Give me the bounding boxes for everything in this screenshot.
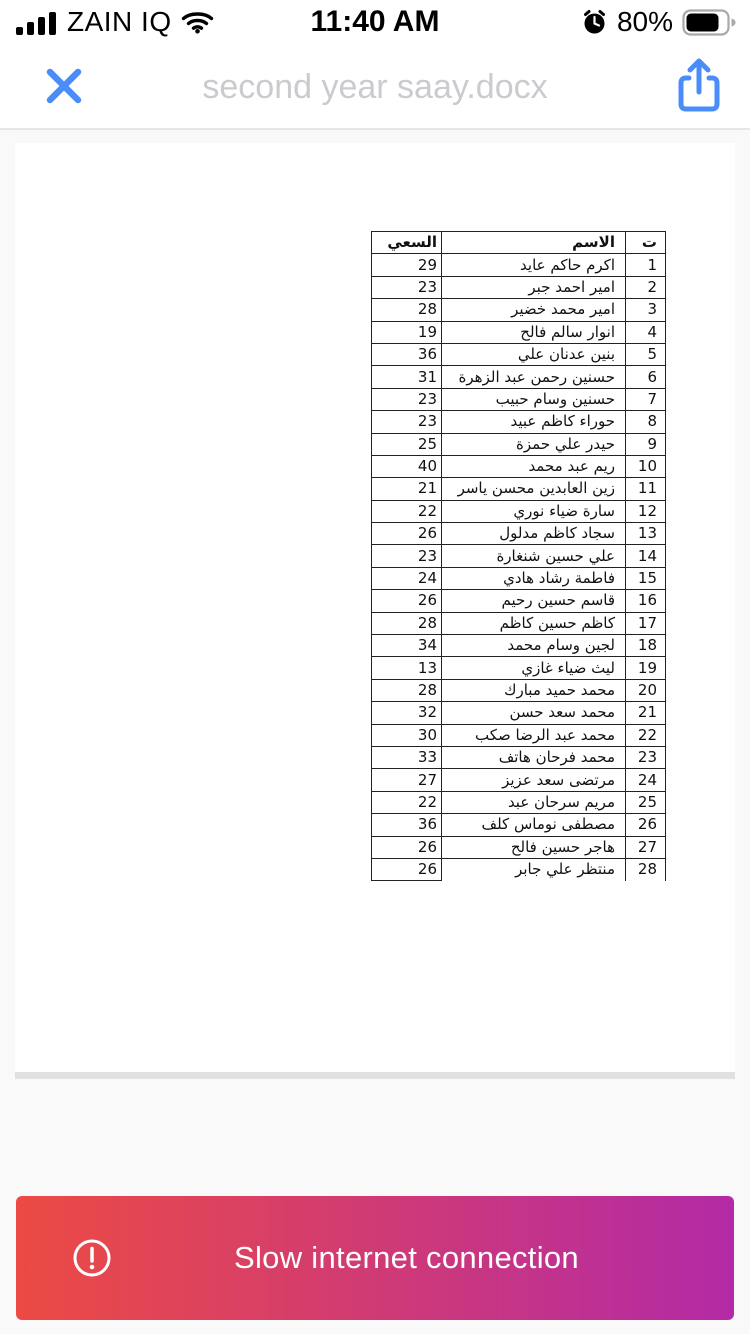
cell-name: محمد عبد الرضا صكب [442,724,626,746]
cell-score: 31 [372,366,442,388]
cell-score: 23 [372,276,442,298]
cell-index: 14 [626,545,666,567]
cell-score: 29 [372,254,442,276]
cell-score: 22 [372,791,442,813]
table-row: 19 ليث ضياء غازي 13 [372,657,666,679]
cell-score: 33 [372,746,442,768]
cell-score: 23 [372,411,442,433]
cell-name: حسنين وسام حبيب [442,388,626,410]
table-row: 14 علي حسين شنغارة 23 [372,545,666,567]
cell-index: 27 [626,836,666,858]
share-button[interactable] [676,57,722,115]
table-row: 16 قاسم حسين رحيم 26 [372,590,666,612]
table-row: 21 محمد سعد حسن 32 [372,702,666,724]
cell-name: مريم سرحان عبد [442,791,626,813]
table-row: 6 حسنين رحمن عبد الزهرة 31 [372,366,666,388]
cell-score: 22 [372,500,442,522]
cell-score: 19 [372,321,442,343]
cell-name: بنين عدنان علي [442,343,626,365]
cell-index: 6 [626,366,666,388]
cell-name: منتظر علي جابر [442,858,626,880]
cell-score: 34 [372,635,442,657]
cell-score: 36 [372,343,442,365]
cell-name: هاجر حسين فالح [442,836,626,858]
cell-name: حوراء كاظم عبيد [442,411,626,433]
cell-score: 36 [372,814,442,836]
document-toolbar: second year saay.docx [0,44,750,130]
cell-name: ريم عبد محمد [442,455,626,477]
table-row: 25 مريم سرحان عبد 22 [372,791,666,813]
cell-name: امير احمد جبر [442,276,626,298]
header-index: ت [626,232,666,254]
table-row: 1 اكرم حاكم عايد 29 [372,254,666,276]
cell-index: 18 [626,635,666,657]
cell-score: 28 [372,612,442,634]
table-row: 27 هاجر حسين فالح 26 [372,836,666,858]
table-row: 12 سارة ضياء نوري 22 [372,500,666,522]
status-bar: ZAIN IQ 11:40 AM 80% [0,0,750,44]
table-header-row: ت الاسم السعي [372,232,666,254]
table-row: 26 مصطفى نوماس كلف 36 [372,814,666,836]
document-scroll-area[interactable]: ت الاسم السعي 1 اكرم حاكم عايد 29 2 امير… [0,130,750,1334]
cell-index: 17 [626,612,666,634]
cell-score: 28 [372,299,442,321]
table-row: 18 لجين وسام محمد 34 [372,635,666,657]
cell-score: 26 [372,858,442,880]
cell-index: 22 [626,724,666,746]
cell-name: سجاد كاظم مدلول [442,523,626,545]
table-row: 9 حيدر علي حمزة 25 [372,433,666,455]
cell-index: 5 [626,343,666,365]
cell-name: محمد فرحان هاتف [442,746,626,768]
cell-name: قاسم حسين رحيم [442,590,626,612]
cell-index: 9 [626,433,666,455]
cell-index: 8 [626,411,666,433]
cell-index: 16 [626,590,666,612]
cell-index: 21 [626,702,666,724]
exclamation-circle-icon [72,1238,112,1278]
table-row: 8 حوراء كاظم عبيد 23 [372,411,666,433]
close-x-icon [42,64,86,108]
battery-percent-label: 80% [617,6,673,38]
table-row: 17 كاظم حسين كاظم 28 [372,612,666,634]
alarm-clock-icon [581,9,608,36]
cell-name: محمد سعد حسن [442,702,626,724]
cell-name: مرتضى سعد عزيز [442,769,626,791]
table-row: 10 ريم عبد محمد 40 [372,455,666,477]
document-title: second year saay.docx [110,68,640,107]
cell-index: 20 [626,679,666,701]
cell-index: 28 [626,858,666,880]
cell-score: 26 [372,523,442,545]
table-row: 28 منتظر علي جابر 26 [372,858,666,880]
table-row: 5 بنين عدنان علي 36 [372,343,666,365]
cell-score: 30 [372,724,442,746]
table-row: 2 امير احمد جبر 23 [372,276,666,298]
cell-index: 26 [626,814,666,836]
cell-score: 26 [372,590,442,612]
toast-message: Slow internet connection [234,1240,579,1276]
cell-name: سارة ضياء نوري [442,500,626,522]
table-row: 15 فاطمة رشاد هادي 24 [372,567,666,589]
status-right-cluster: 80% [581,6,738,38]
cell-name: محمد حميد مبارك [442,679,626,701]
cell-index: 3 [626,299,666,321]
cell-name: فاطمة رشاد هادي [442,567,626,589]
slow-connection-toast: Slow internet connection [16,1196,734,1320]
table-row: 11 زين العابدين محسن ياسر 21 [372,478,666,500]
cell-score: 32 [372,702,442,724]
cell-name: زين العابدين محسن ياسر [442,478,626,500]
cell-name: اكرم حاكم عايد [442,254,626,276]
cell-score: 25 [372,433,442,455]
cell-name: مصطفى نوماس كلف [442,814,626,836]
grades-table: ت الاسم السعي 1 اكرم حاكم عايد 29 2 امير… [371,231,666,881]
table-row: 23 محمد فرحان هاتف 33 [372,746,666,768]
cell-index: 7 [626,388,666,410]
cell-name: امير محمد خضير [442,299,626,321]
document-page: ت الاسم السعي 1 اكرم حاكم عايد 29 2 امير… [15,143,735,1072]
cell-score: 27 [372,769,442,791]
cell-index: 11 [626,478,666,500]
cell-score: 28 [372,679,442,701]
cell-score: 23 [372,388,442,410]
battery-icon [682,9,736,36]
cell-score: 21 [372,478,442,500]
cell-score: 40 [372,455,442,477]
table-row: 3 امير محمد خضير 28 [372,299,666,321]
share-icon [676,57,722,115]
cell-name: حيدر علي حمزة [442,433,626,455]
cell-index: 4 [626,321,666,343]
cell-index: 19 [626,657,666,679]
cell-index: 15 [626,567,666,589]
cell-score: 13 [372,657,442,679]
header-name: الاسم [442,232,626,254]
table-row: 4 انوار سالم فالح 19 [372,321,666,343]
grades-table-body: 1 اكرم حاكم عايد 29 2 امير احمد جبر 23 3… [372,254,666,881]
close-button[interactable] [42,64,86,108]
cell-name: كاظم حسين كاظم [442,612,626,634]
table-row: 13 سجاد كاظم مدلول 26 [372,523,666,545]
cell-index: 2 [626,276,666,298]
cell-name: حسنين رحمن عبد الزهرة [442,366,626,388]
cell-index: 13 [626,523,666,545]
cell-score: 26 [372,836,442,858]
cell-name: لجين وسام محمد [442,635,626,657]
header-score: السعي [372,232,442,254]
cell-index: 10 [626,455,666,477]
table-row: 7 حسنين وسام حبيب 23 [372,388,666,410]
cell-index: 25 [626,791,666,813]
cell-score: 24 [372,567,442,589]
cell-name: ليث ضياء غازي [442,657,626,679]
page-separator [15,1072,735,1079]
cell-index: 12 [626,500,666,522]
cell-index: 1 [626,254,666,276]
cell-index: 23 [626,746,666,768]
table-row: 22 محمد عبد الرضا صكب 30 [372,724,666,746]
cell-name: انوار سالم فالح [442,321,626,343]
table-row: 20 محمد حميد مبارك 28 [372,679,666,701]
cell-name: علي حسين شنغارة [442,545,626,567]
cell-score: 23 [372,545,442,567]
cell-index: 24 [626,769,666,791]
table-row: 24 مرتضى سعد عزيز 27 [372,769,666,791]
